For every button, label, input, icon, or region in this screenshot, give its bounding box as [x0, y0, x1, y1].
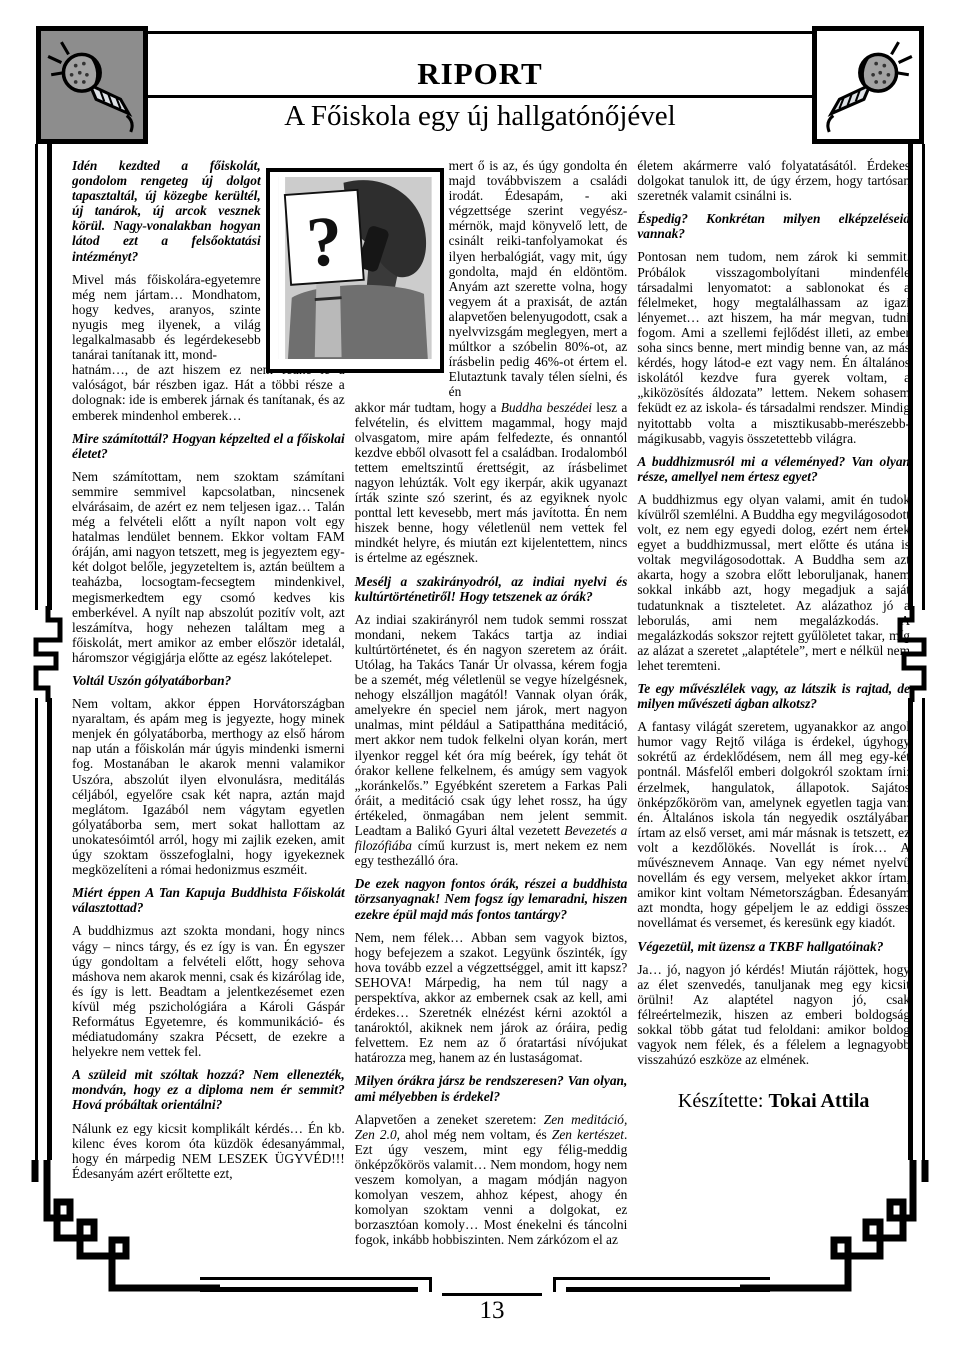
interview-question: Idén kezdted a főiskolát, gondolom renge… — [72, 158, 261, 264]
frame-top-line — [148, 31, 812, 34]
interview-answer: Ja… jó, nagyon jó kérdés! Miután rájötte… — [637, 962, 910, 1068]
page-number: 13 — [442, 1297, 542, 1325]
question-mark-overlay: ? — [304, 202, 345, 282]
interview-answer: Nem voltam, akkor éppen Horvátországban … — [72, 696, 345, 877]
interview-question: Milyen órákra jársz be rendszeresen? Van… — [355, 1073, 628, 1103]
frame-bottom-step-left — [429, 1277, 432, 1292]
interview-answer: Alapvetően a zeneket szeretem: Zen medit… — [355, 1112, 628, 1248]
interview-answer: Az indiai szakirányról nem tudok semmi r… — [355, 612, 628, 869]
magazine-page: RIPORT A Főiskola egy új hallgatónőjével… — [0, 0, 960, 1352]
interview-answer: mert ő is az, és úgy gondolta én majd to… — [449, 158, 628, 400]
interview-question: A buddhizmusról mi a véleményed? Van oly… — [637, 454, 910, 484]
frame-bottom-thin-left — [200, 1277, 432, 1280]
interview-answer: Nem számítottam, nem szoktam számítani s… — [72, 469, 345, 665]
interview-question: Te egy művészlélek vagy, az látszik is r… — [637, 681, 910, 711]
interview-answer: Nálunk ez egy kicsit komplikált kérdés… … — [72, 1121, 345, 1181]
interview-answer: akkor már tudtam, hogy a Buddha beszédei… — [355, 400, 628, 566]
frame-bottom-thick-left — [200, 1287, 418, 1292]
article-body: Idén kezdted a főiskolát, gondolom renge… — [72, 158, 910, 1258]
interview-answer: Nem, nem félek… Abban sem vagyok biztos,… — [355, 930, 628, 1066]
interview-question: Végezetül, mit üzensz a TKBF hallgatóina… — [637, 939, 910, 954]
interview-question: Mesélj a szakirányodról, az indiai nyelv… — [355, 574, 628, 604]
interview-photo-image: ? — [275, 177, 435, 359]
title-rule — [148, 95, 812, 98]
interview-photo: ? — [266, 168, 444, 373]
interview-question: De ezek nagyon fontos órák, részei a bud… — [355, 876, 628, 921]
frame-bottom-step-right — [553, 1277, 556, 1292]
interview-answer: A fantasy világát szeretem, ugyanakkor a… — [637, 719, 910, 930]
article-column-right: életem akármerre való folyatatásától. Ér… — [637, 158, 910, 1258]
interview-question: Mire számítottál? Hogyan képzelted el a … — [72, 431, 345, 461]
interview-question: A szüleid mit szóltak hozzá? Nem ellenez… — [72, 1067, 345, 1112]
page-subtitle: A Főiskola egy új hallgatónőjével — [0, 100, 960, 133]
interview-answer: Mivel más főiskolára-egyetemre még nem j… — [72, 272, 261, 363]
interview-question: Éspedig? Konkrétan milyen elképzeléseid … — [637, 211, 910, 241]
interview-answer: A buddhizmus egy olyan valami, amit én t… — [637, 492, 910, 673]
credit-line: Készítette: Tokai Attila — [637, 1089, 910, 1113]
interview-question: Miért éppen A Tan Kapuja Buddhista Főisk… — [72, 885, 345, 915]
page-title: RIPORT — [0, 56, 960, 92]
interview-question: Voltál Uszón gólyatáborban? — [72, 673, 345, 688]
interview-answer: életem akármerre való folyatatásától. Ér… — [637, 158, 910, 203]
interview-answer: A buddhizmus azt szokta mondani, hogy ni… — [72, 923, 345, 1059]
question-mark-card: ? — [285, 190, 364, 285]
meander-side-knot-left — [26, 606, 66, 702]
interview-answer: Pontosan nem tudom, nem zárok ki semmit.… — [637, 249, 910, 445]
page-number-rule — [442, 1293, 542, 1296]
frame-bottom-thin-right — [556, 1277, 770, 1280]
